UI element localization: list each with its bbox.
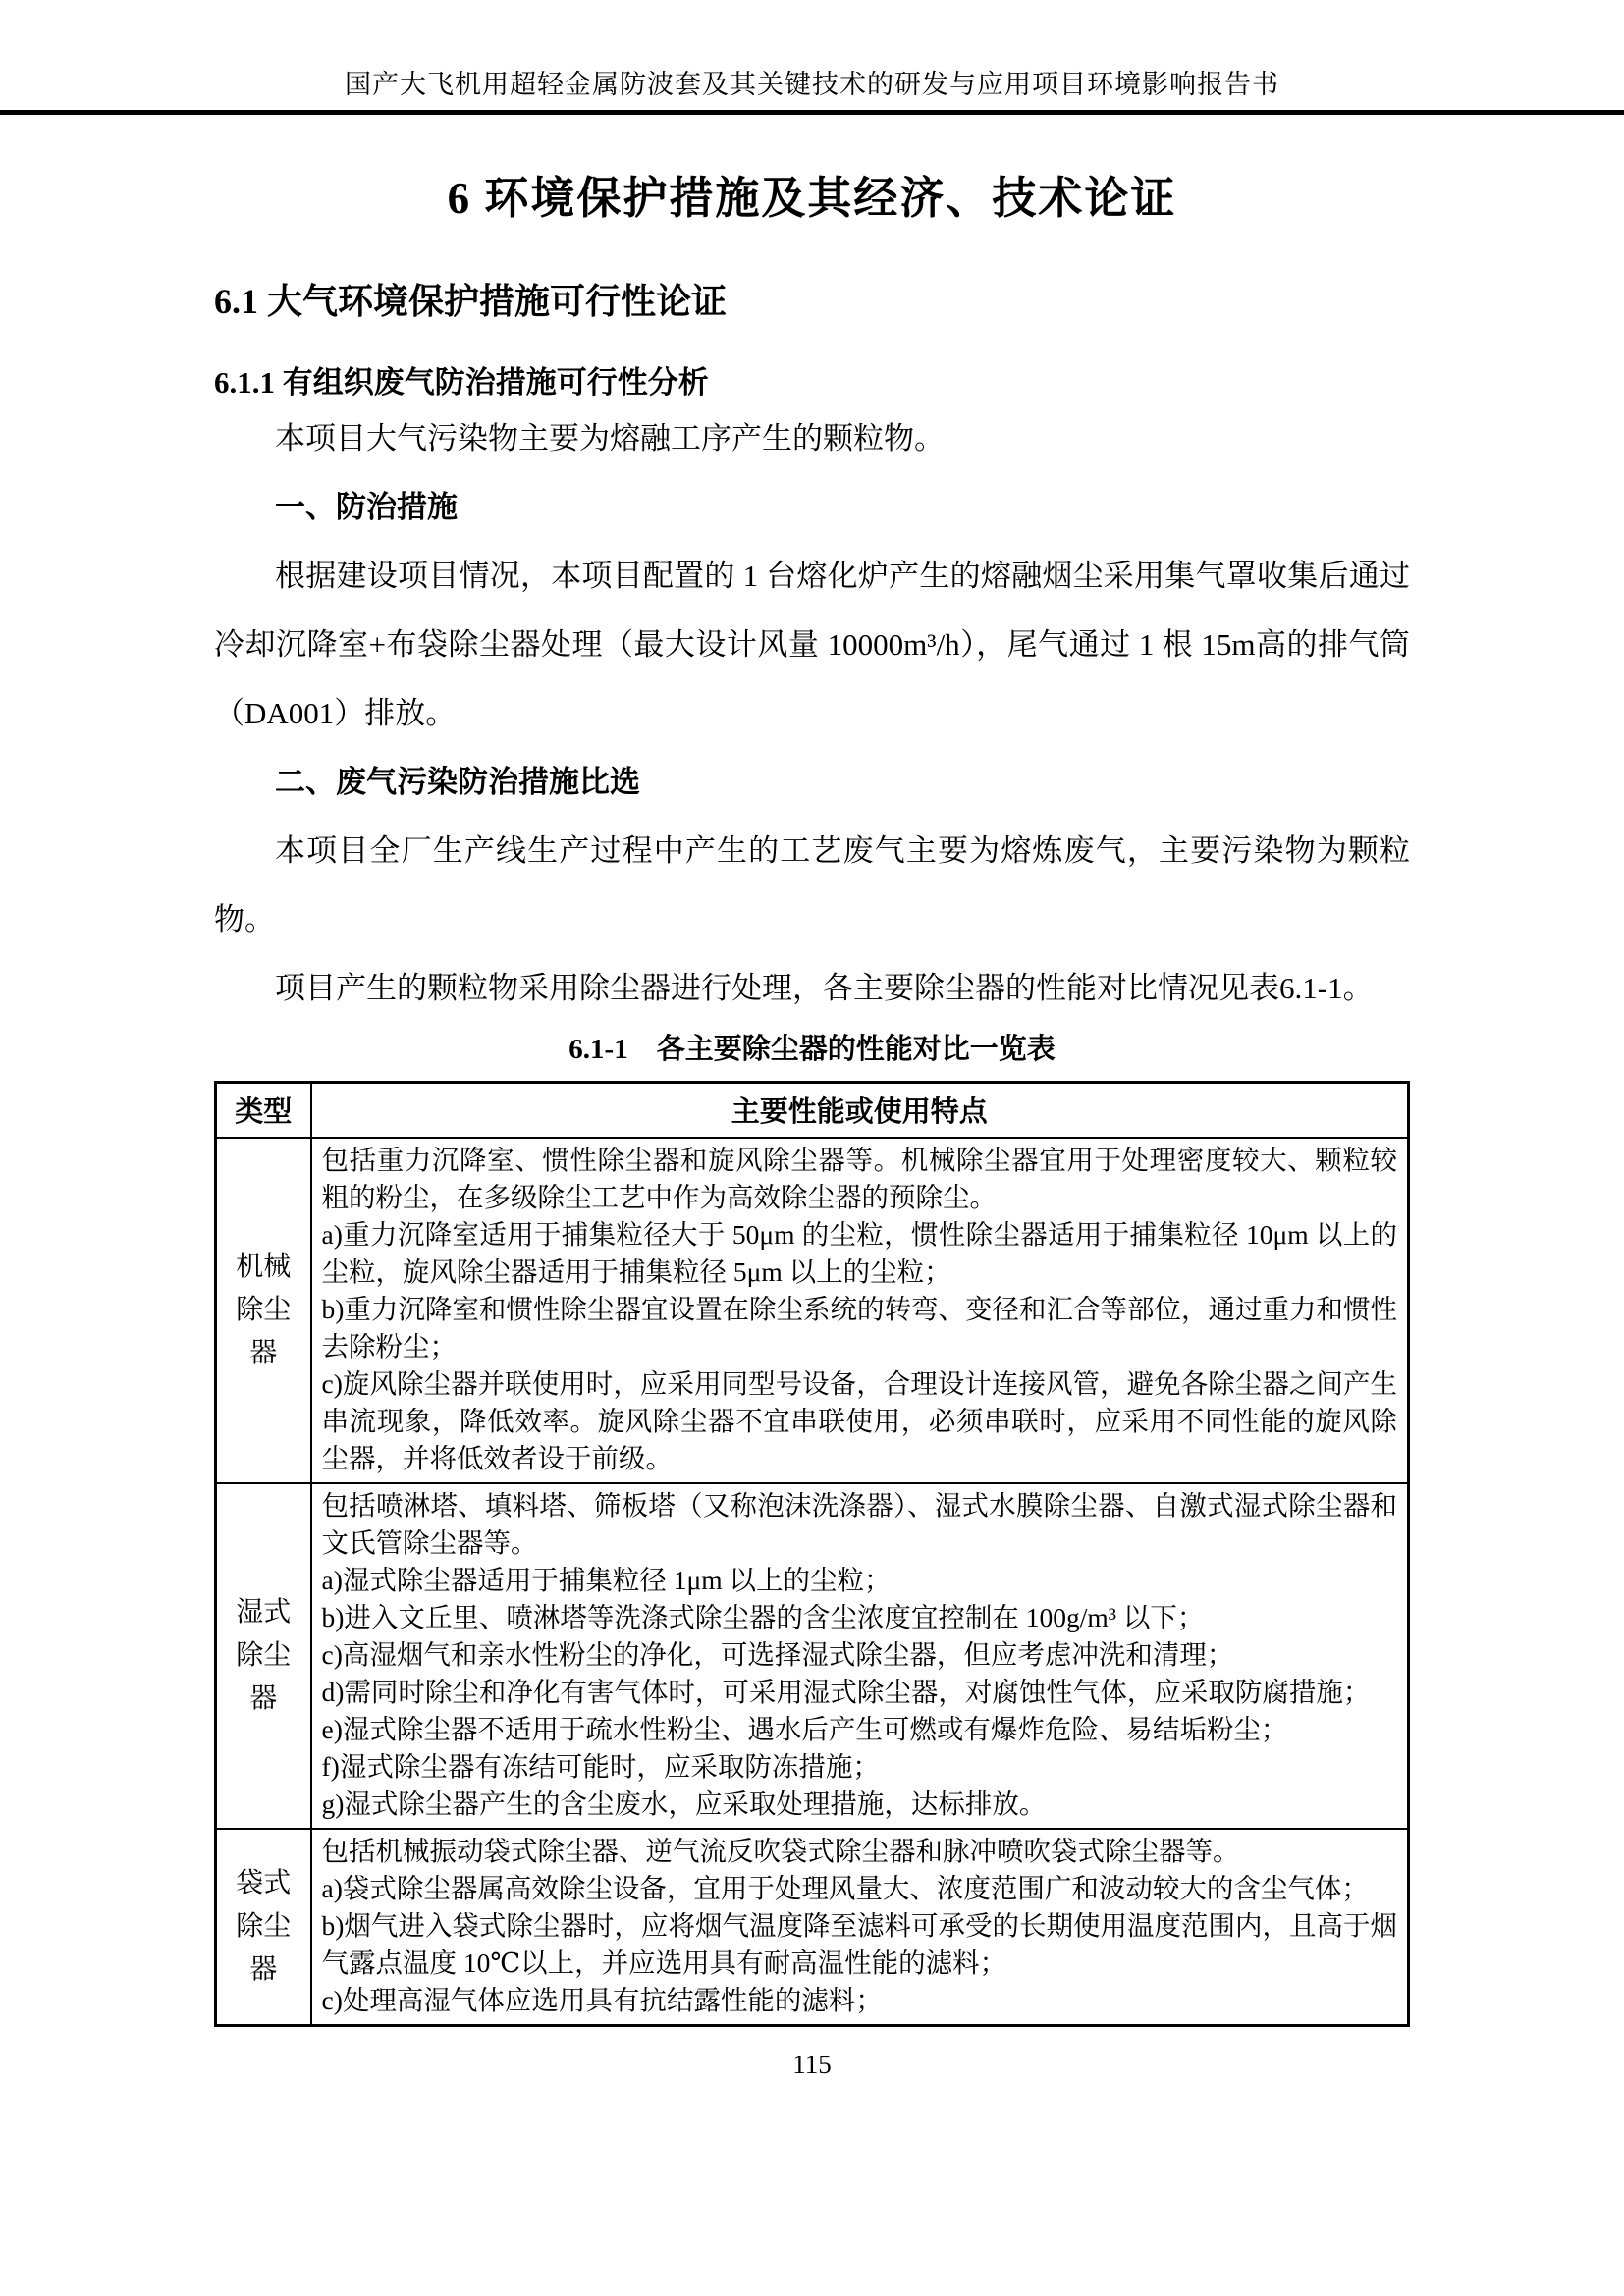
table-header-features: 主要性能或使用特点 xyxy=(311,1083,1409,1138)
feature-line: 包括重力沉降室、惯性除尘器和旋风除尘器等。机械除尘器宜用于处理密度较大、颗粒较粗… xyxy=(322,1142,1398,1216)
subheading-measure-comparison: 二、废气污染防治措施比选 xyxy=(214,748,1410,817)
table-row-wet: 湿式除尘器 包括喷淋塔、填料塔、筛板塔（又称泡沫洗涤器）、湿式水膜除尘器、自激式… xyxy=(216,1483,1409,1829)
header-divider-rule xyxy=(0,110,1624,115)
dust-collector-comparison-table: 类型 主要性能或使用特点 机械除尘器 包括重力沉降室、惯性除尘器和旋风除尘器等。… xyxy=(214,1081,1410,2027)
table-header-type: 类型 xyxy=(216,1083,311,1138)
feature-line: d)需同时除尘和净化有害气体时，可采用湿式除尘器，对腐蚀性气体，应采取防腐措施； xyxy=(322,1674,1398,1711)
feature-line: 包括机械振动袋式除尘器、逆气流反吹袋式除尘器和脉冲喷吹袋式除尘器等。 xyxy=(322,1833,1398,1870)
chapter-title: 6 环境保护措施及其经济、技术论证 xyxy=(214,169,1410,228)
device-features-bag: 包括机械振动袋式除尘器、逆气流反吹袋式除尘器和脉冲喷吹袋式除尘器等。 a)袋式除… xyxy=(311,1829,1409,2026)
section-heading-6-1: 6.1 大气环境保护措施可行性论证 xyxy=(214,277,1410,326)
paragraph-treatment-description: 根据建设项目情况，本项目配置的 1 台熔化炉产生的熔融烟尘采用集气罩收集后通过冷… xyxy=(214,542,1410,748)
paragraph-waste-gas: 本项目全厂生产线生产过程中产生的工艺废气主要为熔炼废气，主要污染物为颗粒物。 xyxy=(214,817,1410,954)
subheading-prevention-measures: 一、防治措施 xyxy=(214,473,1410,542)
feature-line: 包括喷淋塔、填料塔、筛板塔（又称泡沫洗涤器）、湿式水膜除尘器、自激式湿式除尘器和… xyxy=(322,1487,1398,1562)
feature-line: b)重力沉降室和惯性除尘器宜设置在除尘系统的转弯、变径和汇合等部位，通过重力和惯… xyxy=(322,1291,1398,1365)
page-content: 6 环境保护措施及其经济、技术论证 6.1 大气环境保护措施可行性论证 6.1.… xyxy=(214,169,1410,2080)
device-type-wet: 湿式除尘器 xyxy=(216,1483,311,1829)
feature-line: a)袋式除尘器属高效除尘设备，宜用于处理风量大、浓度范围广和波动较大的含尘气体； xyxy=(322,1870,1398,1907)
device-features-wet: 包括喷淋塔、填料塔、筛板塔（又称泡沫洗涤器）、湿式水膜除尘器、自激式湿式除尘器和… xyxy=(311,1483,1409,1829)
feature-line: c)高湿烟气和亲水性粉尘的净化，可选择湿式除尘器，但应考虑冲洗和清理； xyxy=(322,1636,1398,1674)
running-header-title: 国产大飞机用超轻金属防波套及其关键技术的研发与应用项目环境影响报告书 xyxy=(0,0,1624,100)
table-header-row: 类型 主要性能或使用特点 xyxy=(216,1083,1409,1138)
table-row-mechanical: 机械除尘器 包括重力沉降室、惯性除尘器和旋风除尘器等。机械除尘器宜用于处理密度较… xyxy=(216,1138,1409,1483)
paragraph-pollutant-intro: 本项目大气污染物主要为熔融工序产生的颗粒物。 xyxy=(214,404,1410,473)
feature-line: b)进入文丘里、喷淋塔等洗涤式除尘器的含尘浓度宜控制在 100g/m³ 以下； xyxy=(322,1599,1398,1636)
page-number: 115 xyxy=(214,2049,1410,2080)
feature-line: a)重力沉降室适用于捕集粒径大于 50μm 的尘粒，惯性除尘器适用于捕集粒径 1… xyxy=(322,1216,1398,1291)
paragraph-table-reference: 项目产生的颗粒物采用除尘器进行处理，各主要除尘器的性能对比情况见表6.1-1。 xyxy=(214,954,1410,1023)
feature-line: f)湿式除尘器有冻结可能时，应采取防冻措施； xyxy=(322,1748,1398,1786)
feature-line: b)烟气进入袋式除尘器时，应将烟气温度降至滤料可承受的长期使用温度范围内，且高于… xyxy=(322,1907,1398,1982)
table-row-bag: 袋式除尘器 包括机械振动袋式除尘器、逆气流反吹袋式除尘器和脉冲喷吹袋式除尘器等。… xyxy=(216,1829,1409,2026)
device-features-mechanical: 包括重力沉降室、惯性除尘器和旋风除尘器等。机械除尘器宜用于处理密度较大、颗粒较粗… xyxy=(311,1138,1409,1483)
document-page: 国产大飞机用超轻金属防波套及其关键技术的研发与应用项目环境影响报告书 6 环境保… xyxy=(0,0,1624,2296)
feature-line: a)湿式除尘器适用于捕集粒径 1μm 以上的尘粒； xyxy=(322,1562,1398,1599)
feature-line: g)湿式除尘器产生的含尘废水，应采取处理措施，达标排放。 xyxy=(322,1786,1398,1823)
device-type-mechanical: 机械除尘器 xyxy=(216,1138,311,1483)
table-caption: 6.1-1 各主要除尘器的性能对比一览表 xyxy=(214,1023,1410,1077)
section-heading-6-1-1: 6.1.1 有组织废气防治措施可行性分析 xyxy=(214,360,1410,404)
feature-line: e)湿式除尘器不适用于疏水性粉尘、遇水后产生可燃或有爆炸危险、易结垢粉尘； xyxy=(322,1711,1398,1748)
feature-line: c)处理高湿气体应选用具有抗结露性能的滤料； xyxy=(322,1982,1398,2019)
feature-line: c)旋风除尘器并联使用时，应采用同型号设备，合理设计连接风管，避免各除尘器之间产… xyxy=(322,1365,1398,1477)
device-type-bag: 袋式除尘器 xyxy=(216,1829,311,2026)
